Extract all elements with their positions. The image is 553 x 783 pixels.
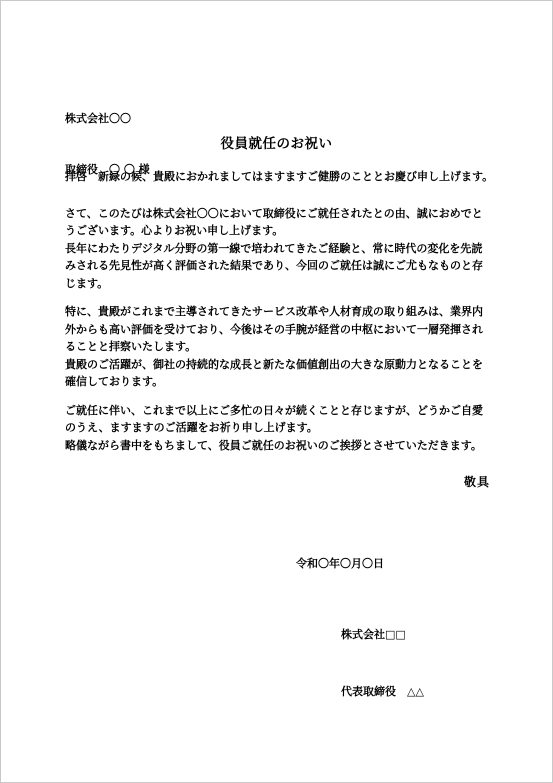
- body-line: のうえ、ますますのご活躍をお祈り申し上げます。: [65, 419, 497, 437]
- letter-body: 拝啓 新緑の候、貴殿におかれましてはますますご健勝のこととお慶び申し上げます。 …: [65, 168, 497, 454]
- body-line: 特に、貴殿がこれまで主導されてきたサービス改革や人材育成の取り組みは、業界内: [65, 303, 497, 321]
- sender-company: 株式会社□□: [341, 625, 424, 644]
- paragraph-greeting: 拝啓 新緑の候、貴殿におかれましてはますますご健勝のこととお慶び申し上げます。: [65, 168, 497, 186]
- body-line: 貴殿のご活躍が、御社の持続的な成長と新たな価値創出の大きな原動力となることを: [65, 356, 497, 374]
- letter-title: 役員就任のお祝い: [1, 132, 552, 152]
- closing-keigu: 敬具: [464, 473, 490, 490]
- letter-document-page: 株式会社〇〇 取締役 〇 〇 様 役員就任のお祝い 拝啓 新緑の候、貴殿におかれ…: [0, 0, 553, 783]
- body-line: じます。: [65, 275, 497, 293]
- body-line: 略儀ながら書中をもちまして、役員ご就任のお祝いのご挨拶とさせていただきます。: [65, 437, 497, 455]
- recipient-company: 株式会社〇〇: [65, 110, 150, 127]
- sender-block: 株式会社□□ 代表取締役 △△: [341, 587, 424, 739]
- body-line: ることと拝察いたします。: [65, 338, 497, 356]
- letter-date: 令和〇年〇月〇日: [296, 555, 384, 571]
- paragraph-wishes: ご就任に伴い、これまで以上にご多忙の日々が続くことと存じますが、どうかご自愛 の…: [65, 402, 497, 455]
- paragraph-praise: 特に、貴殿がこれまで主導されてきたサービス改革や人材育成の取り組みは、業界内 外…: [65, 303, 497, 391]
- body-line: みされる先見性が高く評価された結果であり、今回のご就任は誠にご尤もなものと存: [65, 257, 497, 275]
- body-line: 確信しております。: [65, 373, 497, 391]
- sender-representative: 代表取締役 △△: [341, 682, 424, 701]
- body-line: 長年にわたりデジタル分野の第一線で培われてきたご経験と、常に時代の変化を先読: [65, 240, 497, 258]
- paragraph-congratulations: さて、このたびは株式会社〇〇において取締役にご就任されたとの由、誠におめでと う…: [65, 205, 497, 293]
- body-line: ご就任に伴い、これまで以上にご多忙の日々が続くことと存じますが、どうかご自愛: [65, 402, 497, 420]
- body-line: うございます。心よりお祝い申し上げます。: [65, 222, 497, 240]
- body-line: 外からも高い評価を受けており、今後はその手腕が経営の中枢において一層発揮され: [65, 321, 497, 339]
- body-line: さて、このたびは株式会社〇〇において取締役にご就任されたとの由、誠におめでと: [65, 205, 497, 223]
- body-line: 拝啓 新緑の候、貴殿におかれましてはますますご健勝のこととお慶び申し上げます。: [65, 168, 497, 186]
